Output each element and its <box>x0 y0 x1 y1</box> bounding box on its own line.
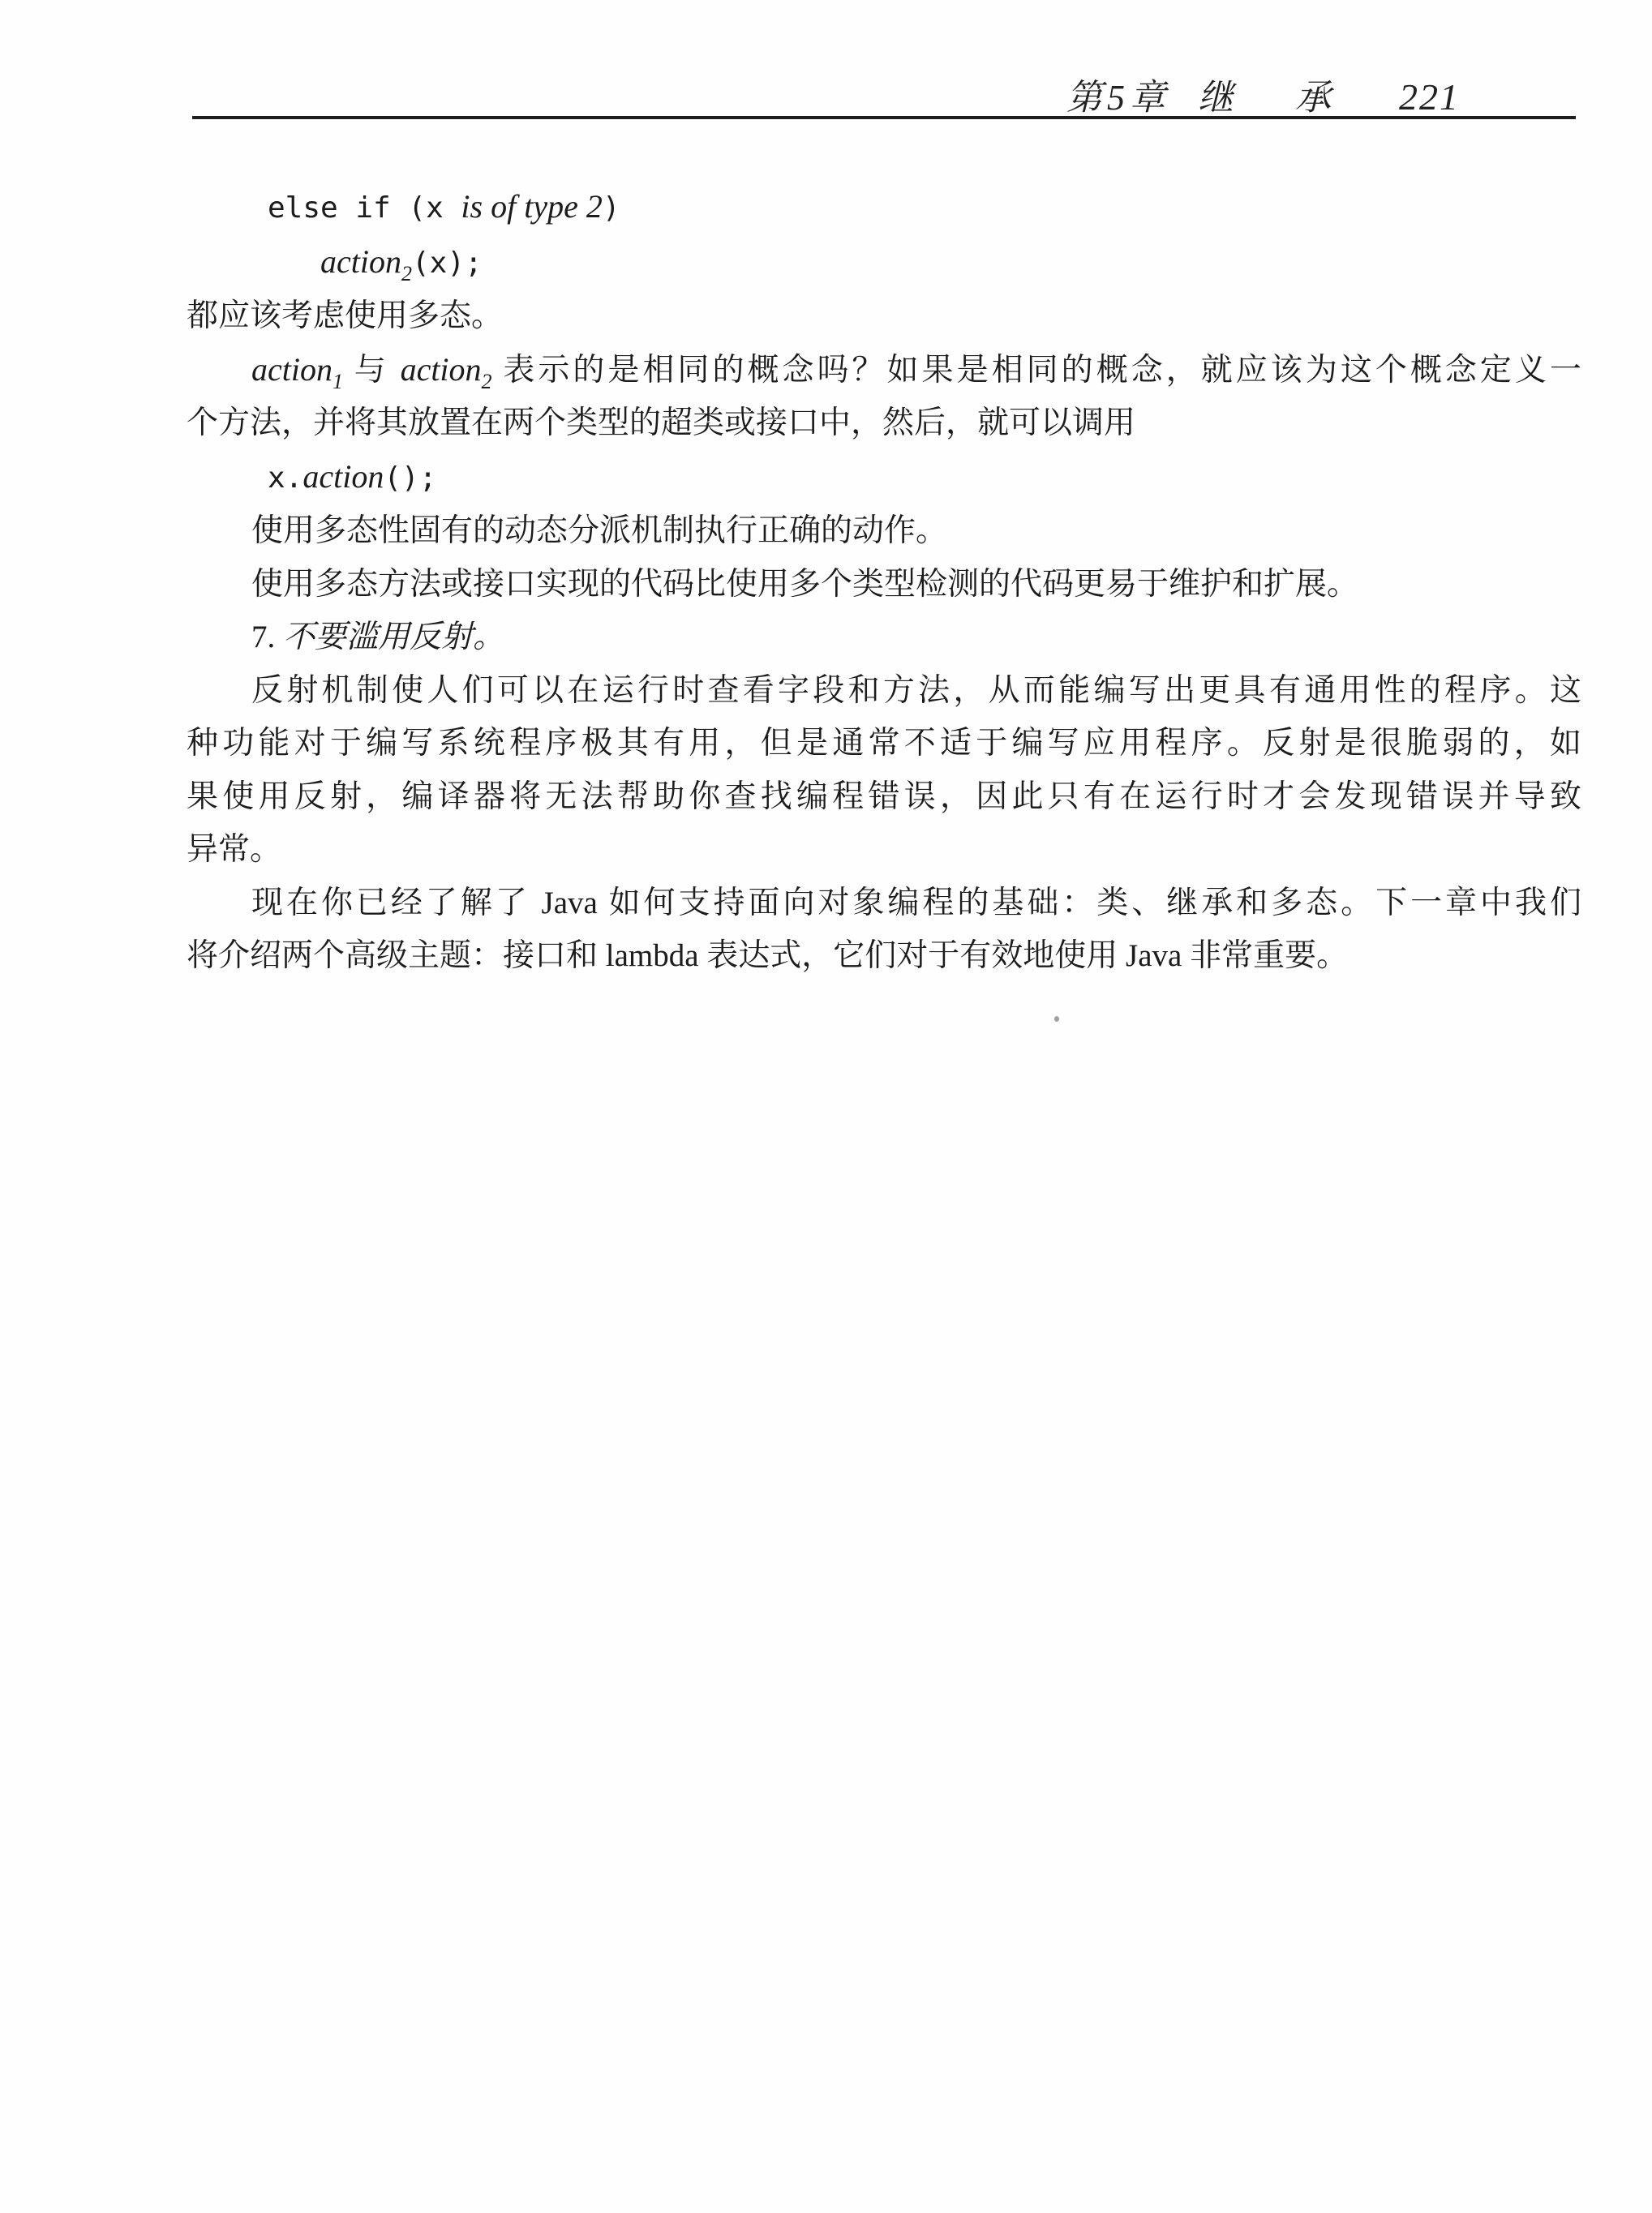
code-line: x.action(); <box>187 450 1581 505</box>
paragraph-line: 反射机制使人们可以在运行时查看字段和方法，从而能编写出更具有通用性的程序。这 <box>187 664 1581 718</box>
paragraph-line: 异常。 <box>187 823 1581 877</box>
chapter-label: 第5章 <box>1066 68 1170 120</box>
page-header: 第5章 继 承 221 <box>187 68 1581 114</box>
code-text: ) <box>603 191 620 225</box>
list-item-number: 7. <box>251 620 283 654</box>
paragraph-line: action1 与 action2 表示的是相同的概念吗？如果是相同的概念，就应… <box>187 343 1581 397</box>
subscript: 2 <box>482 370 492 393</box>
paragraph-text: 表示的是相同的概念吗？如果是相同的概念，就应该为这个概念定义一 <box>492 353 1581 388</box>
code-function-name: action <box>303 458 384 495</box>
code-function-name: action <box>320 243 401 280</box>
paragraph-line: 都应该考虑使用多态。 <box>187 289 1581 343</box>
inline-code-term: action <box>401 351 482 388</box>
scan-artifact-dot <box>1054 1016 1059 1022</box>
code-pseudocode-italic: is of type 2 <box>461 188 602 225</box>
paragraph-line: 现在你已经了解了 Java 如何支持面向对象编程的基础：类、继承和多态。下一章中… <box>187 877 1581 930</box>
code-text: else if (x <box>268 191 461 225</box>
inline-code-term: action <box>251 351 333 388</box>
section-title-char: 继 <box>1198 68 1234 120</box>
paragraph-text: 与 <box>343 353 401 388</box>
header-rule <box>192 116 1576 119</box>
section-title-char: 承 <box>1295 68 1331 120</box>
code-line: action2(x); <box>187 235 1581 290</box>
page-number: 221 <box>1399 75 1460 118</box>
page-content: else if (x is of type 2) action2(x); 都应该… <box>187 180 1581 983</box>
code-text: (); <box>384 461 436 495</box>
paragraph-line: 使用多态性固有的动态分派机制执行正确的动作。 <box>187 504 1581 558</box>
code-text: x. <box>268 461 303 495</box>
paragraph-line: 种功能对于编写系统程序极其有用，但是通常不适于编写应用程序。反射是很脆弱的，如 <box>187 717 1581 770</box>
code-text: (x); <box>412 247 483 280</box>
list-item-title: 不要滥用反射。 <box>283 620 504 654</box>
paragraph-line: 使用多态方法或接口实现的代码比使用多个类型检测的代码更易于维护和扩展。 <box>187 558 1581 611</box>
paragraph-line: 果使用反射，编译器将无法帮助你查找编程错误，因此只有在运行时才会发现错误并导致 <box>187 770 1581 824</box>
paragraph-line: 将介绍两个高级主题：接口和 lambda 表达式，它们对于有效地使用 Java … <box>187 929 1581 983</box>
paragraph-line: 个方法，并将其放置在两个类型的超类或接口中，然后，就可以调用 <box>187 397 1581 450</box>
list-item-heading: 7. 不要滥用反射。 <box>187 611 1581 664</box>
subscript: 2 <box>401 262 412 285</box>
book-page: 第5章 继 承 221 else if (x is of type 2) act… <box>0 0 1652 2213</box>
code-line: else if (x is of type 2) <box>187 180 1581 235</box>
subscript: 1 <box>333 370 343 393</box>
